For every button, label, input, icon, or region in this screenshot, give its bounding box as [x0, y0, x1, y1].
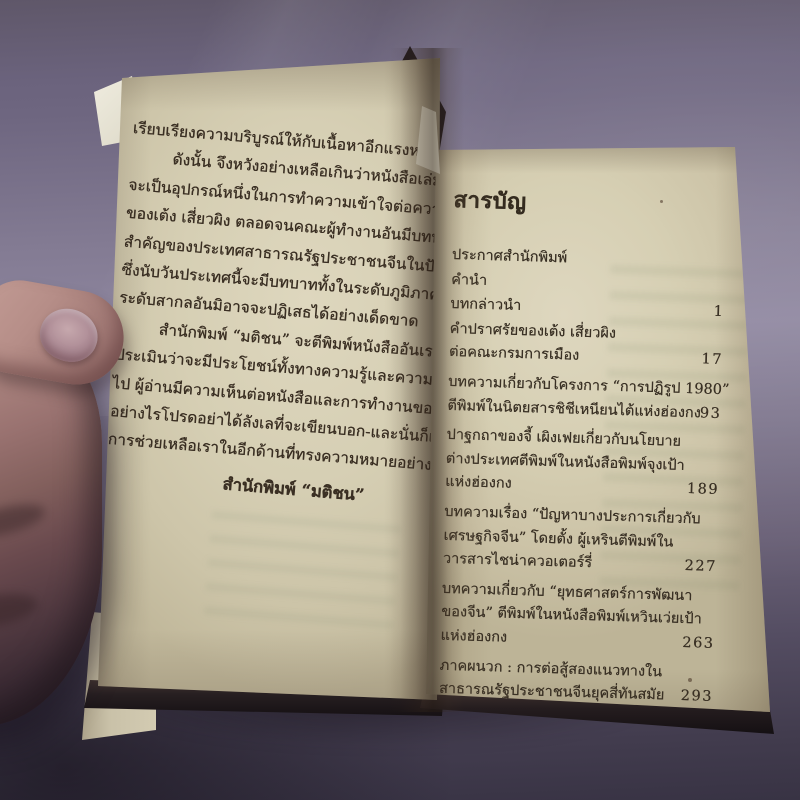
hand — [0, 282, 156, 722]
toc-entry-title: ปาฐกถาของจี้ เผิงเฟยเกี่ยวกับนโยบายต่างป… — [445, 424, 679, 502]
book-photo: เรียบเรียงความบริบูรณ์ให้กับเนื้อหาอีกแร… — [0, 0, 800, 800]
show-through-text-left — [204, 495, 403, 630]
toc-entry-title: บทความเกี่ยวกับ “ยุทธศาสตร์การพัฒนาของจี… — [440, 578, 674, 656]
toc-entry-page-number: 93 — [679, 401, 722, 426]
table-of-contents: สารบัญ ประกาศสำนักพิมพ์คำนำบทกล่าวนำ1คำป… — [438, 182, 727, 716]
finger-crease — [0, 588, 40, 633]
toc-entry-page-number: 293 — [670, 685, 713, 710]
toc-entry-title: คำปราศรัยของเต้ง เสี่ยวผิงต่อคณะกรมการเม… — [449, 318, 682, 372]
toc-entry-page-number: 189 — [677, 478, 720, 503]
toc-list: ประกาศสำนักพิมพ์คำนำบทกล่าวนำ1คำปราศรัยข… — [439, 244, 726, 710]
toc-entry: บทความเรื่อง “ปัญหาบางประการเกี่ยวกับเศร… — [442, 501, 718, 580]
toc-entry: คำปราศรัยของเต้ง เสี่ยวผิงต่อคณะกรมการเม… — [449, 318, 724, 373]
toc-entry: บทความเกี่ยวกับโครงการ “การปฏิรูป 1980”ต… — [447, 371, 722, 426]
finger-crease — [0, 498, 48, 544]
right-page: สารบัญ ประกาศสำนักพิมพ์คำนำบทกล่าวนำ1คำป… — [420, 138, 780, 728]
toc-entry: บทความเกี่ยวกับ “ยุทธศาสตร์การพัฒนาของจี… — [440, 578, 716, 657]
toc-entry: ปาฐกถาของจี้ เผิงเฟยเกี่ยวกับนโยบายต่างป… — [445, 424, 721, 503]
toc-entry-page-number: 227 — [674, 555, 717, 580]
toc-entry-page-number: 263 — [672, 632, 715, 657]
toc-entry-title: บทความเรื่อง “ปัญหาบางประการเกี่ยวกับเศร… — [442, 501, 676, 579]
thumb — [0, 274, 131, 392]
hand-fist — [0, 328, 102, 726]
thumb-nail — [33, 301, 105, 370]
toc-entry-page-number: 1 — [682, 300, 725, 325]
toc-entry-title: บทความเกี่ยวกับโครงการ “การปฏิรูป 1980”ต… — [447, 371, 680, 425]
toc-entry-page-number: 17 — [680, 348, 723, 373]
toc-heading: สารบัญ — [453, 182, 728, 225]
